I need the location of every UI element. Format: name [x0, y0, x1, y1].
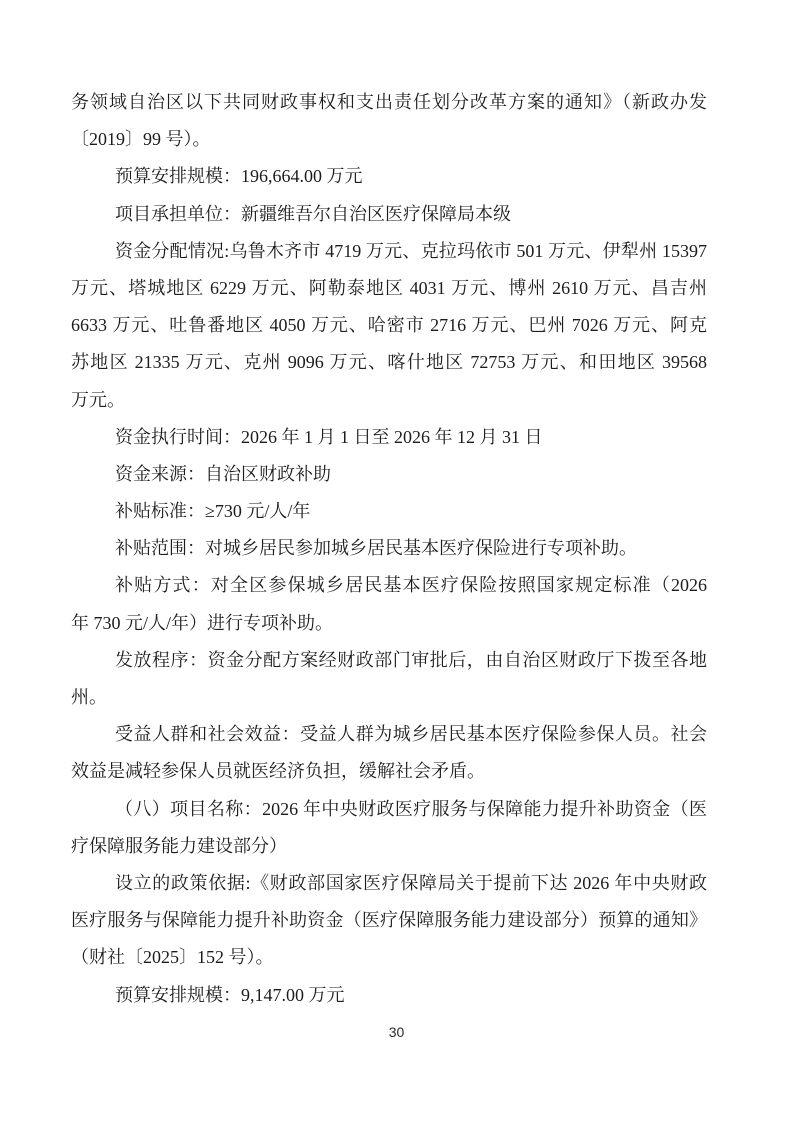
- text-line: 务领域自治区以下共同财政事权和支出责任划分改革方案的通知》（新政办发: [71, 84, 707, 121]
- text-line: （财社〔2025〕152 号）。: [71, 939, 707, 976]
- text-line: 疗保障服务能力建设部分）: [71, 828, 707, 865]
- text-line: 6633 万元、吐鲁番地区 4050 万元、哈密市 2716 万元、巴州 702…: [71, 307, 707, 344]
- text-line: 设立的政策依据:《财政部国家医疗保障局关于提前下达 2026 年中央财政: [71, 865, 707, 902]
- text-line: 资金分配情况:乌鲁木齐市 4719 万元、克拉玛依市 501 万元、伊犁州 15…: [71, 233, 707, 270]
- text-line: 医疗服务与保障能力提升补助资金（医疗保障服务能力建设部分）预算的通知》: [71, 902, 707, 939]
- page-number: 30: [0, 1024, 793, 1040]
- text-line: 〔2019〕99 号）。: [71, 121, 707, 158]
- text-line: 补贴标准：≥730 元/人/年: [71, 493, 707, 530]
- text-line: 资金执行时间：2026 年 1 月 1 日至 2026 年 12 月 31 日: [71, 419, 707, 456]
- text-line: 州。: [71, 679, 707, 716]
- text-line: （八）项目名称：2026 年中央财政医疗服务与保障能力提升补助资金（医: [71, 791, 707, 828]
- document-page: 务领域自治区以下共同财政事权和支出责任划分改革方案的通知》（新政办发〔2019〕…: [0, 0, 793, 1122]
- text-line: 苏地区 21335 万元、克州 9096 万元、喀什地区 72753 万元、和田…: [71, 344, 707, 381]
- text-line: 效益是减轻参保人员就医经济负担，缓解社会矛盾。: [71, 753, 707, 790]
- text-line: 资金来源：自治区财政补助: [71, 456, 707, 493]
- text-line: 补贴范围：对城乡居民参加城乡居民基本医疗保险进行专项补助。: [71, 530, 707, 567]
- text-line: 受益人群和社会效益：受益人群为城乡居民基本医疗保险参保人员。社会: [71, 716, 707, 753]
- text-line: 补贴方式：对全区参保城乡居民基本医疗保险按照国家规定标准（2026: [71, 567, 707, 604]
- text-line: 万元。: [71, 382, 707, 419]
- text-line: 万元、塔城地区 6229 万元、阿勒泰地区 4031 万元、博州 2610 万元…: [71, 270, 707, 307]
- text-line: 年 730 元/人/年）进行专项补助。: [71, 605, 707, 642]
- text-line: 发放程序：资金分配方案经财政部门审批后，由自治区财政厅下拨至各地: [71, 642, 707, 679]
- text-line: 项目承担单位：新疆维吾尔自治区医疗保障局本级: [71, 196, 707, 233]
- document-body: 务领域自治区以下共同财政事权和支出责任划分改革方案的通知》（新政办发〔2019〕…: [71, 84, 707, 1014]
- text-line: 预算安排规模：196,664.00 万元: [71, 158, 707, 195]
- text-line: 预算安排规模：9,147.00 万元: [71, 977, 707, 1014]
